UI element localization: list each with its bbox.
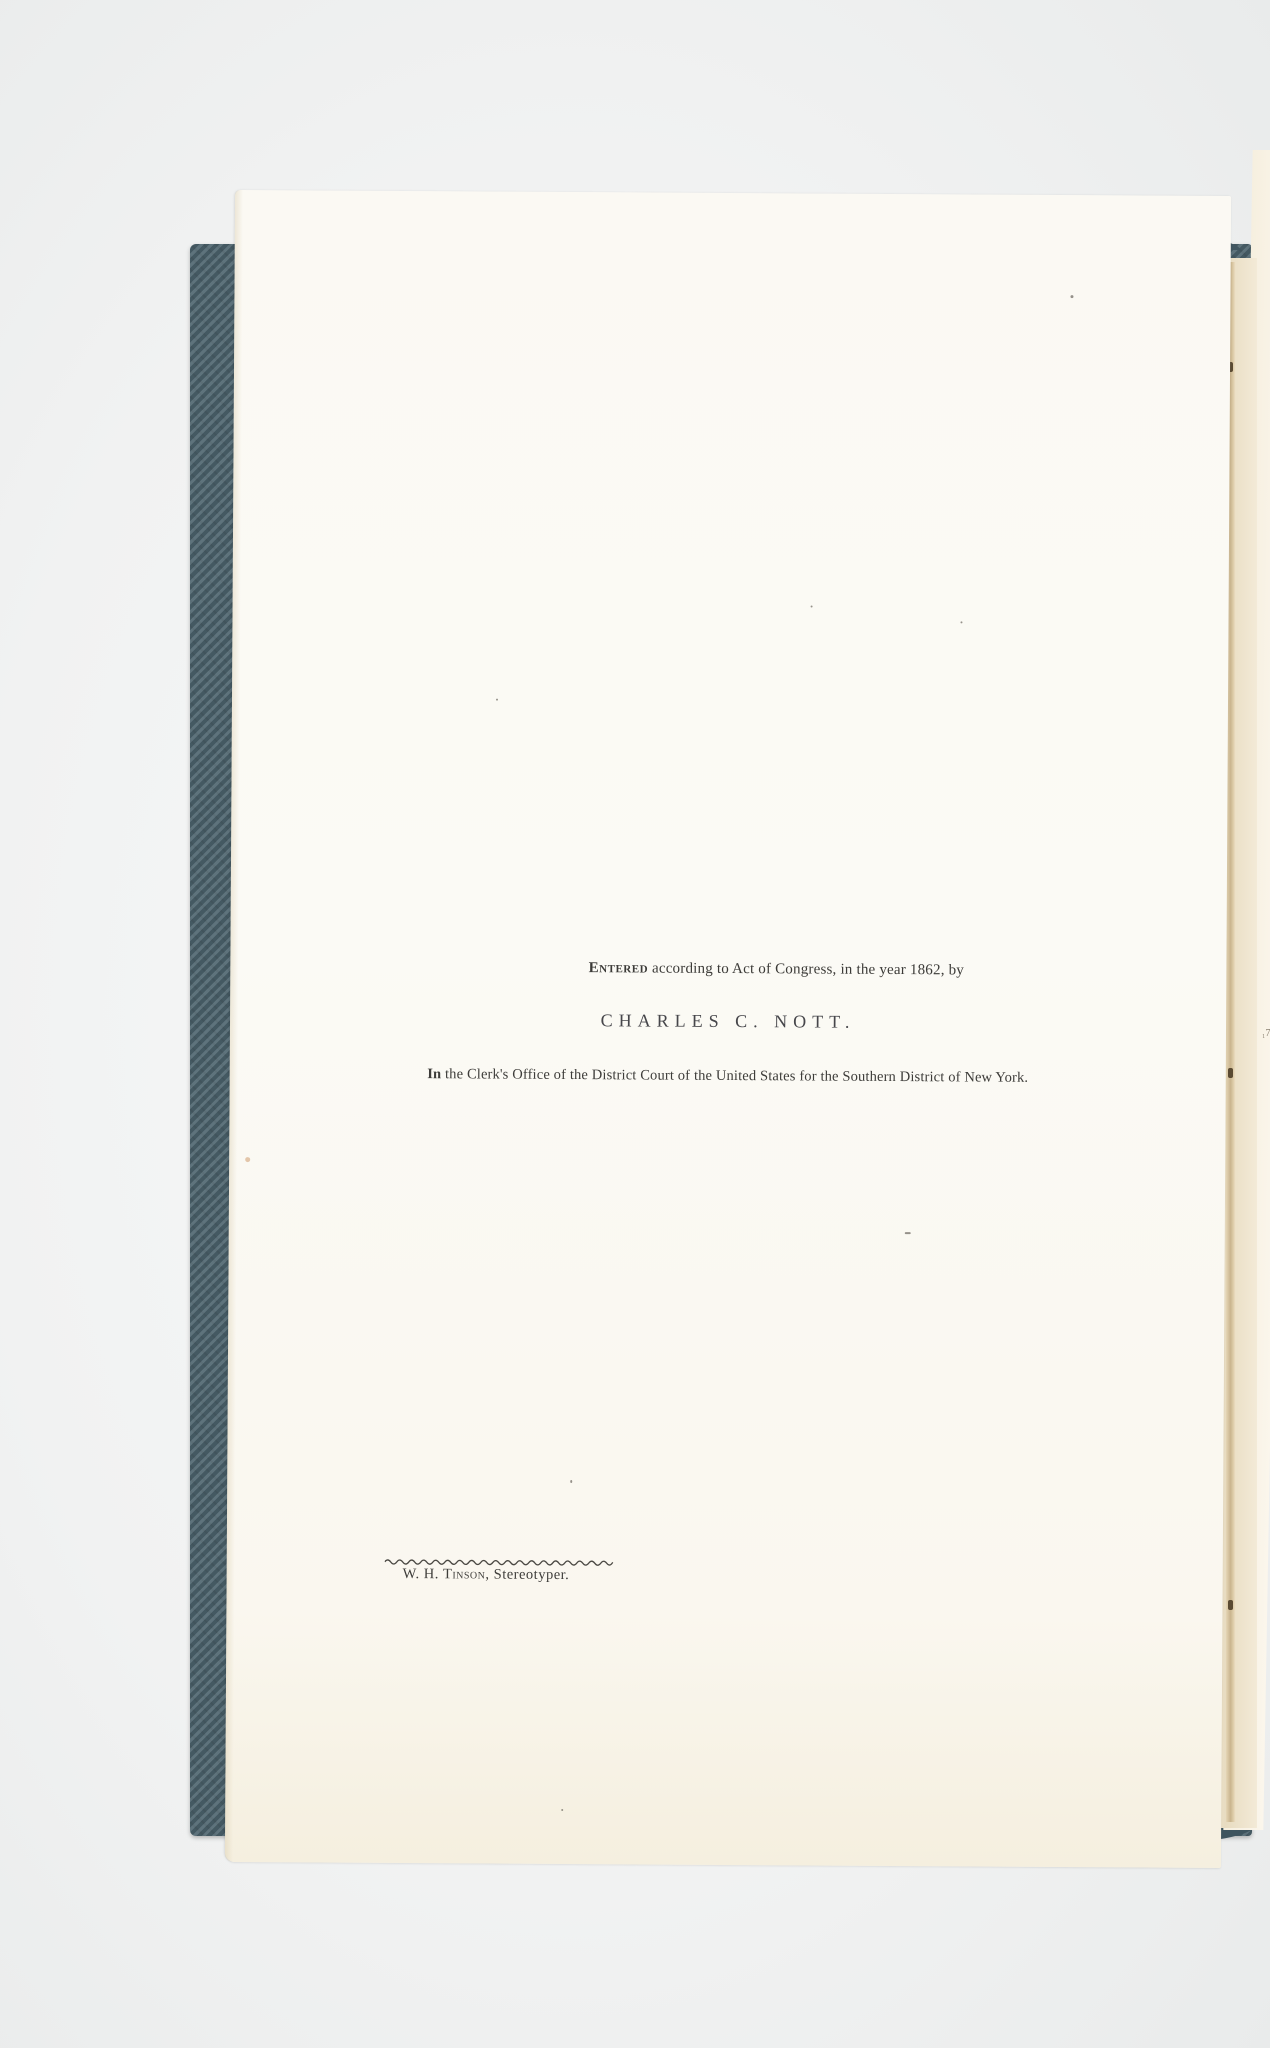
paper-speck <box>570 1480 572 1483</box>
paper-speck <box>811 605 813 607</box>
facing-page-fragment: ₁7 <box>1262 1028 1270 1039</box>
paper-speck <box>561 1809 563 1811</box>
printer-name: Tinson <box>443 1566 486 1582</box>
printer-imprint: W. H. Tinson, Stereotyper. <box>385 1556 625 1584</box>
binding-thread-mark <box>1228 1600 1233 1610</box>
paper-speck <box>960 621 962 623</box>
binding-thread-mark <box>1228 1068 1233 1078</box>
clerk-lead: In <box>427 1066 441 1082</box>
entered-rest: according to Act of Congress, in the yea… <box>648 961 964 979</box>
entered-lead: Entered <box>589 960 648 976</box>
paper-speck <box>1070 295 1073 298</box>
clerk-rest: the Clerk's Office of the District Court… <box>441 1066 1028 1086</box>
copyright-author: CHARLES C. NOTT. <box>230 1008 1226 1035</box>
paper-stain <box>245 1157 250 1162</box>
paper-speck <box>496 699 498 701</box>
printer-initials: W. H. <box>403 1566 443 1582</box>
printer-role: , Stereotyper. <box>485 1567 569 1584</box>
paper-speck <box>905 1232 911 1234</box>
printer-line: W. H. Tinson, Stereotyper. <box>385 1566 625 1584</box>
copyright-page: Entered according to Act of Congress, in… <box>225 190 1231 1868</box>
copyright-entered-line: Entered according to Act of Congress, in… <box>278 958 1270 981</box>
copyright-clerk-line: In the Clerk's Office of the District Co… <box>230 1065 1226 1088</box>
